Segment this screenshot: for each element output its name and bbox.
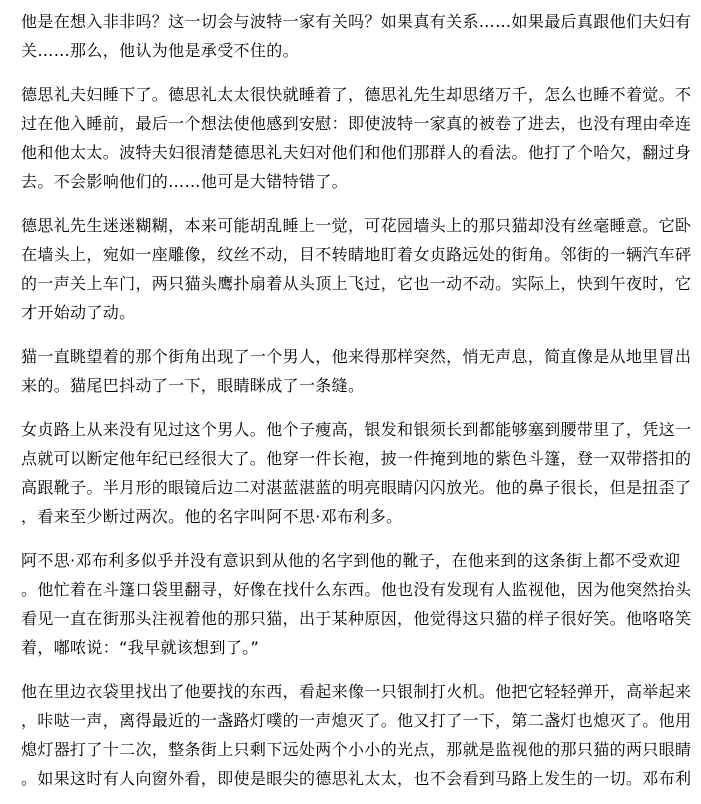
- paragraph-5: 女贞路上从来没有见过这个男人。他个子瘦高，银发和银须长到都能够塞到腰带里了，凭这…: [21, 415, 691, 531]
- text-line: 关……那么，他认为他是承受不住的。: [21, 36, 691, 65]
- paragraph-3: 德思礼先生迷迷糊糊，本来可能胡乱睡上一觉，可花园墙头上的那只猫却没有丝毫睡意。它…: [21, 211, 691, 327]
- paragraph-7: 他在里边衣袋里找出了他要找的东西，看起来像一只银制打火机。他把它轻轻弹开，高举起…: [21, 677, 691, 793]
- text-line: ，咔哒一声，离得最近的一盏路灯噗的一声熄灭了。他又打了一下，第二盏灯也熄灭了。他…: [21, 706, 691, 735]
- text-line: 来的。猫尾巴抖动了一下，眼睛眯成了一条缝。: [21, 371, 691, 400]
- text-line: 才开始动了动。: [21, 298, 691, 327]
- text-line: 他是在想入非非吗？这一切会与波特一家有关吗？如果真有关系……如果最后真跟他们夫妇…: [21, 7, 691, 36]
- paragraph-6: 阿不思·邓布利多似乎并没有意识到从他的名字到他的靴子，在他来到的这条街上都不受欢…: [21, 546, 691, 662]
- text-line: 女贞路上从来没有见过这个男人。他个子瘦高，银发和银须长到都能够塞到腰带里了，凭这…: [21, 415, 691, 444]
- text-line: 他在里边衣袋里找出了他要找的东西，看起来像一只银制打火机。他把它轻轻弹开，高举起…: [21, 677, 691, 706]
- text-line: ，看来至少断过两次。他的名字叫阿不思·邓布利多。: [21, 502, 691, 531]
- text-line: 他和他太太。波特夫妇很清楚德思礼夫妇对他们和他们那群人的看法。他打了个哈欠，翻过…: [21, 138, 691, 167]
- text-line: 看见一直在街那头注视着他的那只猫，出于某种原因，他觉得这只猫的样子很好笑。他咯咯…: [21, 604, 691, 633]
- document-body: 他是在想入非非吗？这一切会与波特一家有关吗？如果真有关系……如果最后真跟他们夫妇…: [21, 7, 691, 804]
- text-line: 着，嘟哝说：“我早就该想到了。”: [21, 633, 691, 662]
- text-line: 去。不会影响他们的……他可是大错特错了。: [21, 167, 691, 196]
- text-line: 在墙头上，宛如一座雕像，纹丝不动，目不转睛地盯着女贞路远处的街角。邻街的一辆汽车…: [21, 240, 691, 269]
- paragraph-4: 猫一直眺望着的那个街角出现了一个男人，他来得那样突然，悄无声息，简直像是从地里冒…: [21, 342, 691, 400]
- text-line: 猫一直眺望着的那个街角出现了一个男人，他来得那样突然，悄无声息，简直像是从地里冒…: [21, 342, 691, 371]
- text-line: 点就可以断定他年纪已经很大了。他穿一件长袍，披一件掩到地的紫色斗篷，登一双带搭扣…: [21, 444, 691, 473]
- text-line: 高跟靴子。半月形的眼镜后边二对湛蓝湛蓝的明亮眼睛闪闪放光。他的鼻子很长，但是扭歪…: [21, 473, 691, 502]
- paragraph-2: 德思礼夫妇睡下了。德思礼太太很快就睡着了，德思礼先生却思绪万千，怎么也睡不着觉。…: [21, 80, 691, 196]
- text-line: 。他忙着在斗篷口袋里翻寻，好像在找什么东西。他也没有发现有人监视他，因为他突然抬…: [21, 575, 691, 604]
- text-line: 的一声关上车门，两只猫头鹰扑扇着从头顶上飞过，它也一动不动。实际上，快到午夜时，…: [21, 269, 691, 298]
- text-line: 。如果这时有人向窗外看，即使是眼尖的德思礼太太，也不会看到马路上发生的一切。邓布…: [21, 764, 691, 793]
- text-line: 阿不思·邓布利多似乎并没有意识到从他的名字到他的靴子，在他来到的这条街上都不受欢…: [21, 546, 691, 575]
- text-line: 德思礼先生迷迷糊糊，本来可能胡乱睡上一觉，可花园墙头上的那只猫却没有丝毫睡意。它…: [21, 211, 691, 240]
- paragraph-1: 他是在想入非非吗？这一切会与波特一家有关吗？如果真有关系……如果最后真跟他们夫妇…: [21, 7, 691, 65]
- text-line: 德思礼夫妇睡下了。德思礼太太很快就睡着了，德思礼先生却思绪万千，怎么也睡不着觉。…: [21, 80, 691, 109]
- text-line: 熄灯器打了十二次，整条街上只剩下远处两个小小的光点，那就是监视他的那只猫的两只眼…: [21, 735, 691, 764]
- text-line: 过在他入睡前，最后一个想法使他感到安慰：即使波特一家真的被卷了进去，也没有理由牵…: [21, 109, 691, 138]
